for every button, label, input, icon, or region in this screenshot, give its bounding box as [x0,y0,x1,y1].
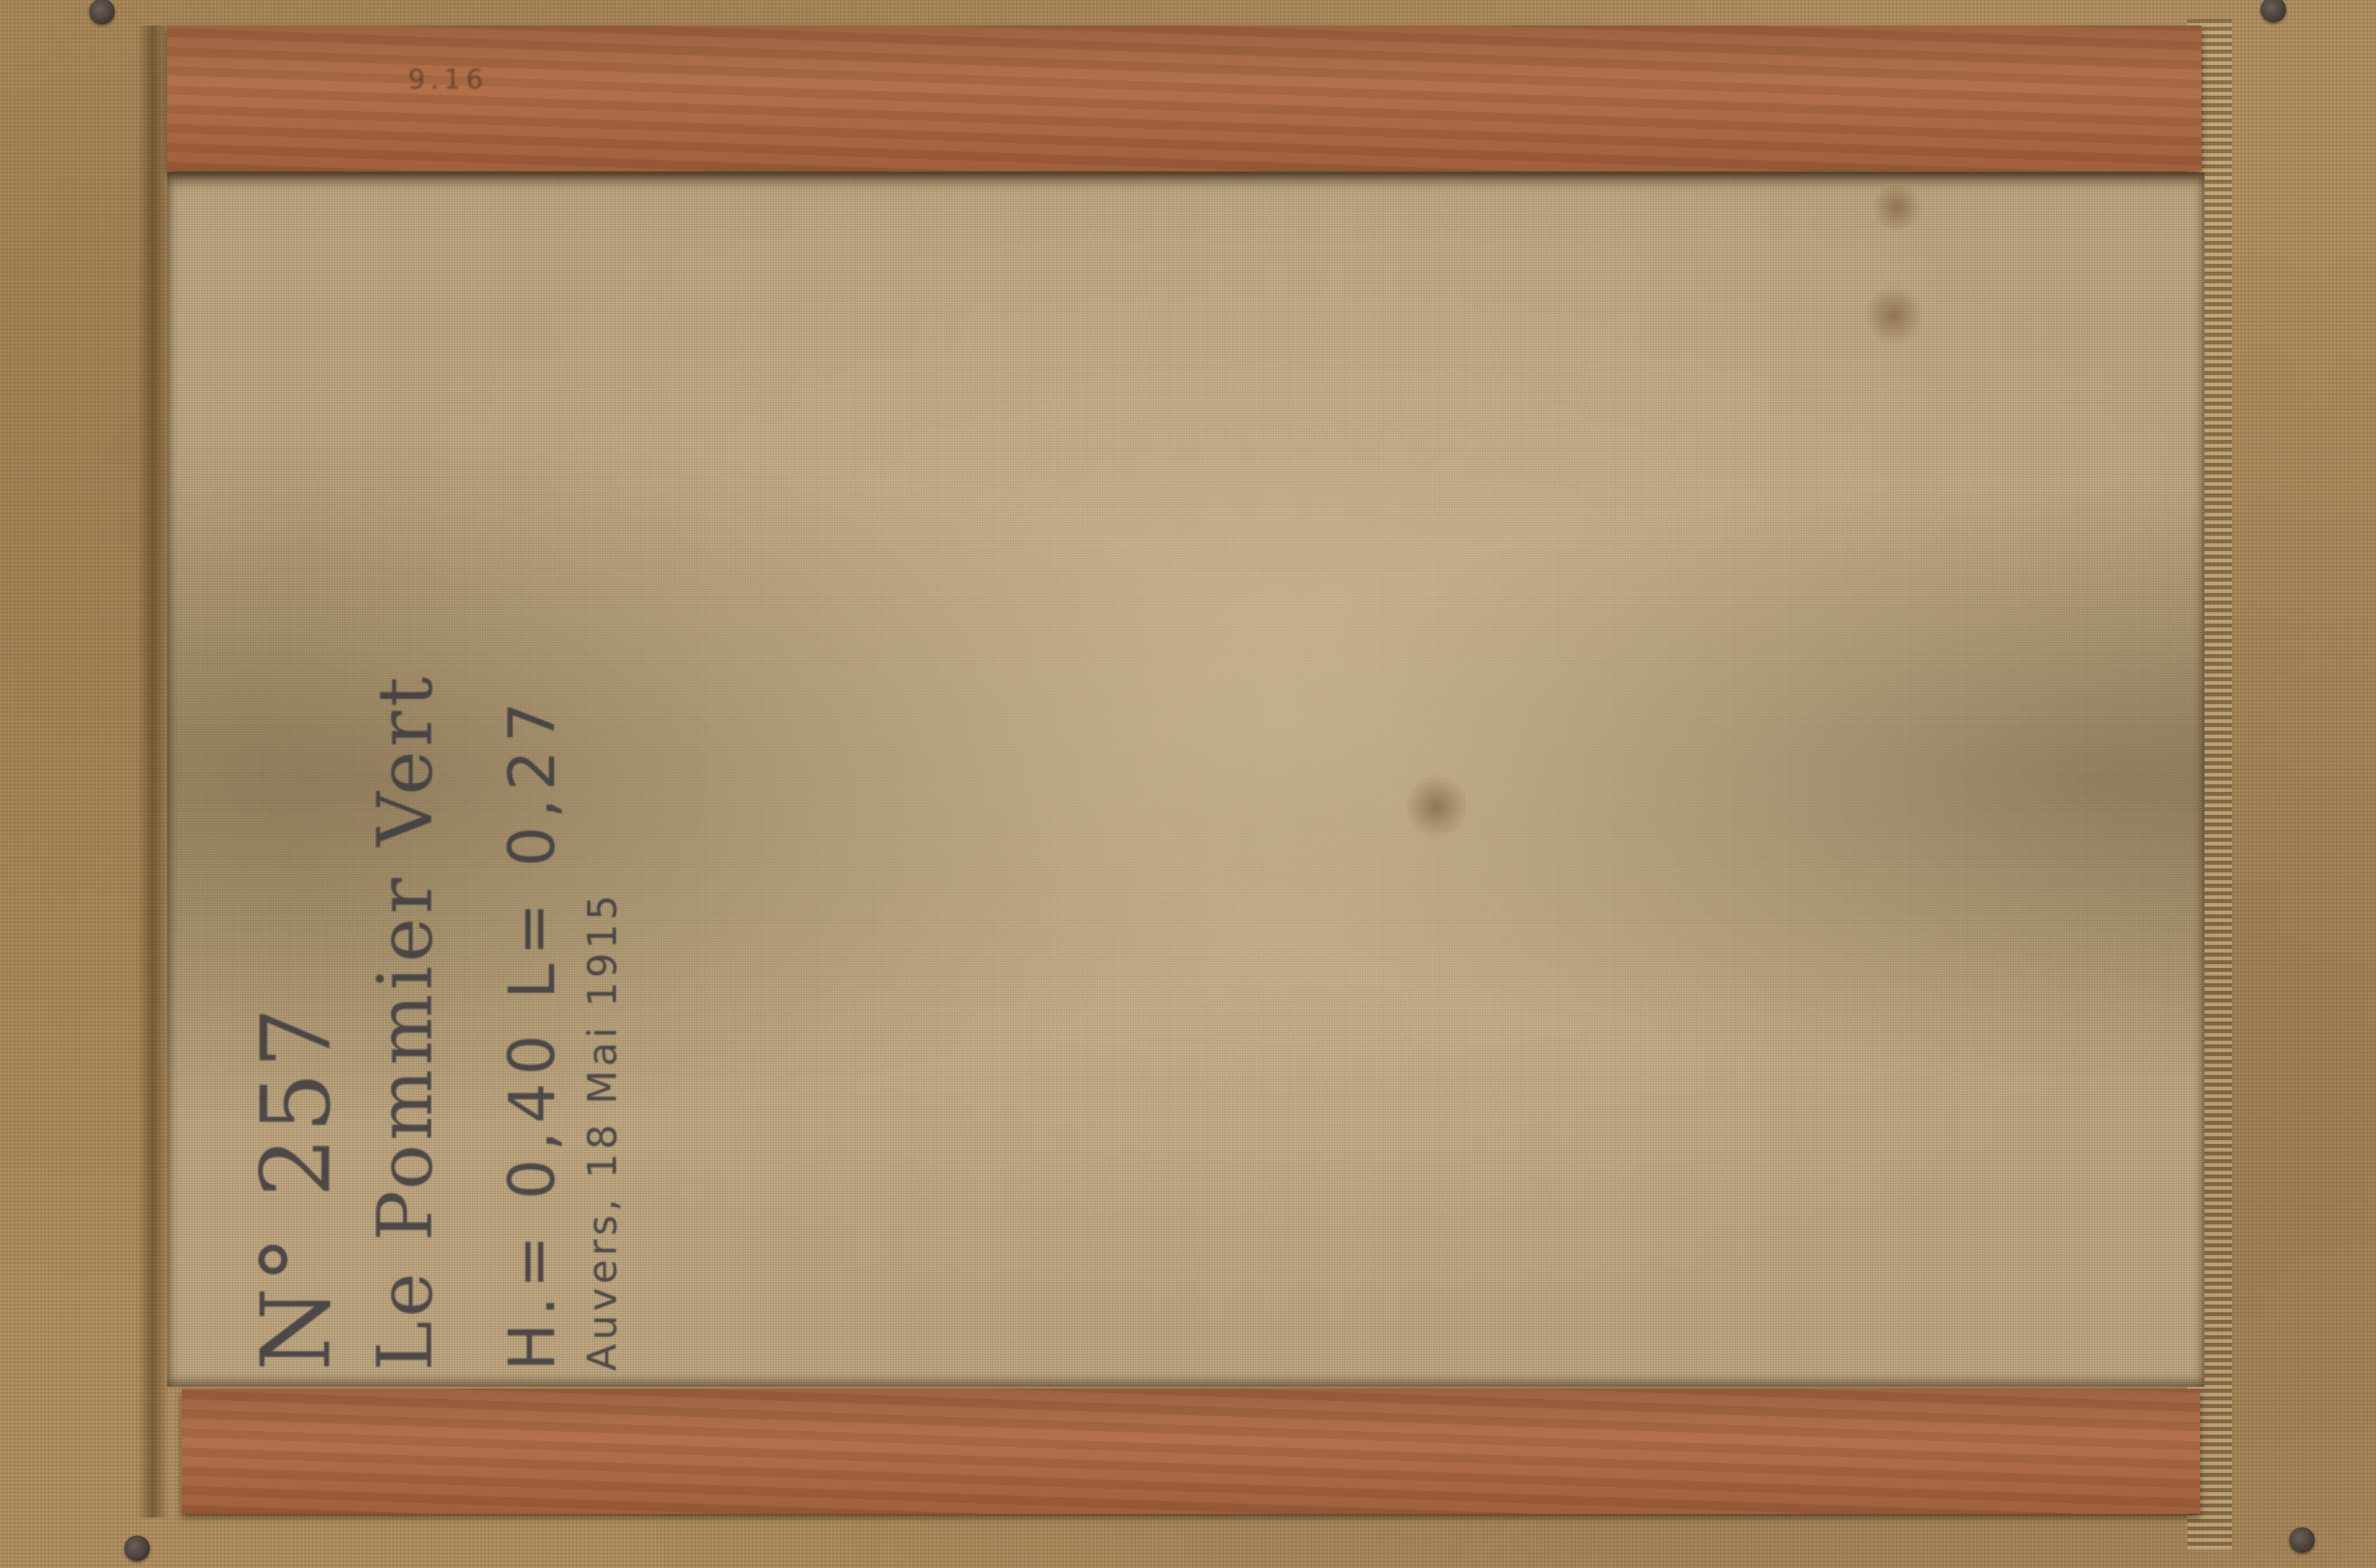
stain-mark [1406,772,1467,842]
stain-mark [1868,185,1926,230]
stretcher-bar-bottom [182,1389,2200,1514]
inventory-number: N° 257 [242,673,351,1371]
stain-mark [1862,287,1926,344]
handwritten-inscription: N° 257 Le Pommier Vert H.= 0,40 L= 0,27 … [242,673,631,1371]
canvas-fold-left [137,26,169,1518]
painting-dimensions: H.= 0,40 L= 0,27 [491,673,574,1371]
tack-nail [2289,1527,2315,1553]
place-and-date: Auvers, 18 Mai 1915 [574,673,631,1371]
pencil-note: 9.16 [408,64,488,95]
tack-nail [124,1535,150,1561]
stretcher-bar-top [167,26,2201,171]
painting-title: Le Pommier Vert [357,673,453,1371]
